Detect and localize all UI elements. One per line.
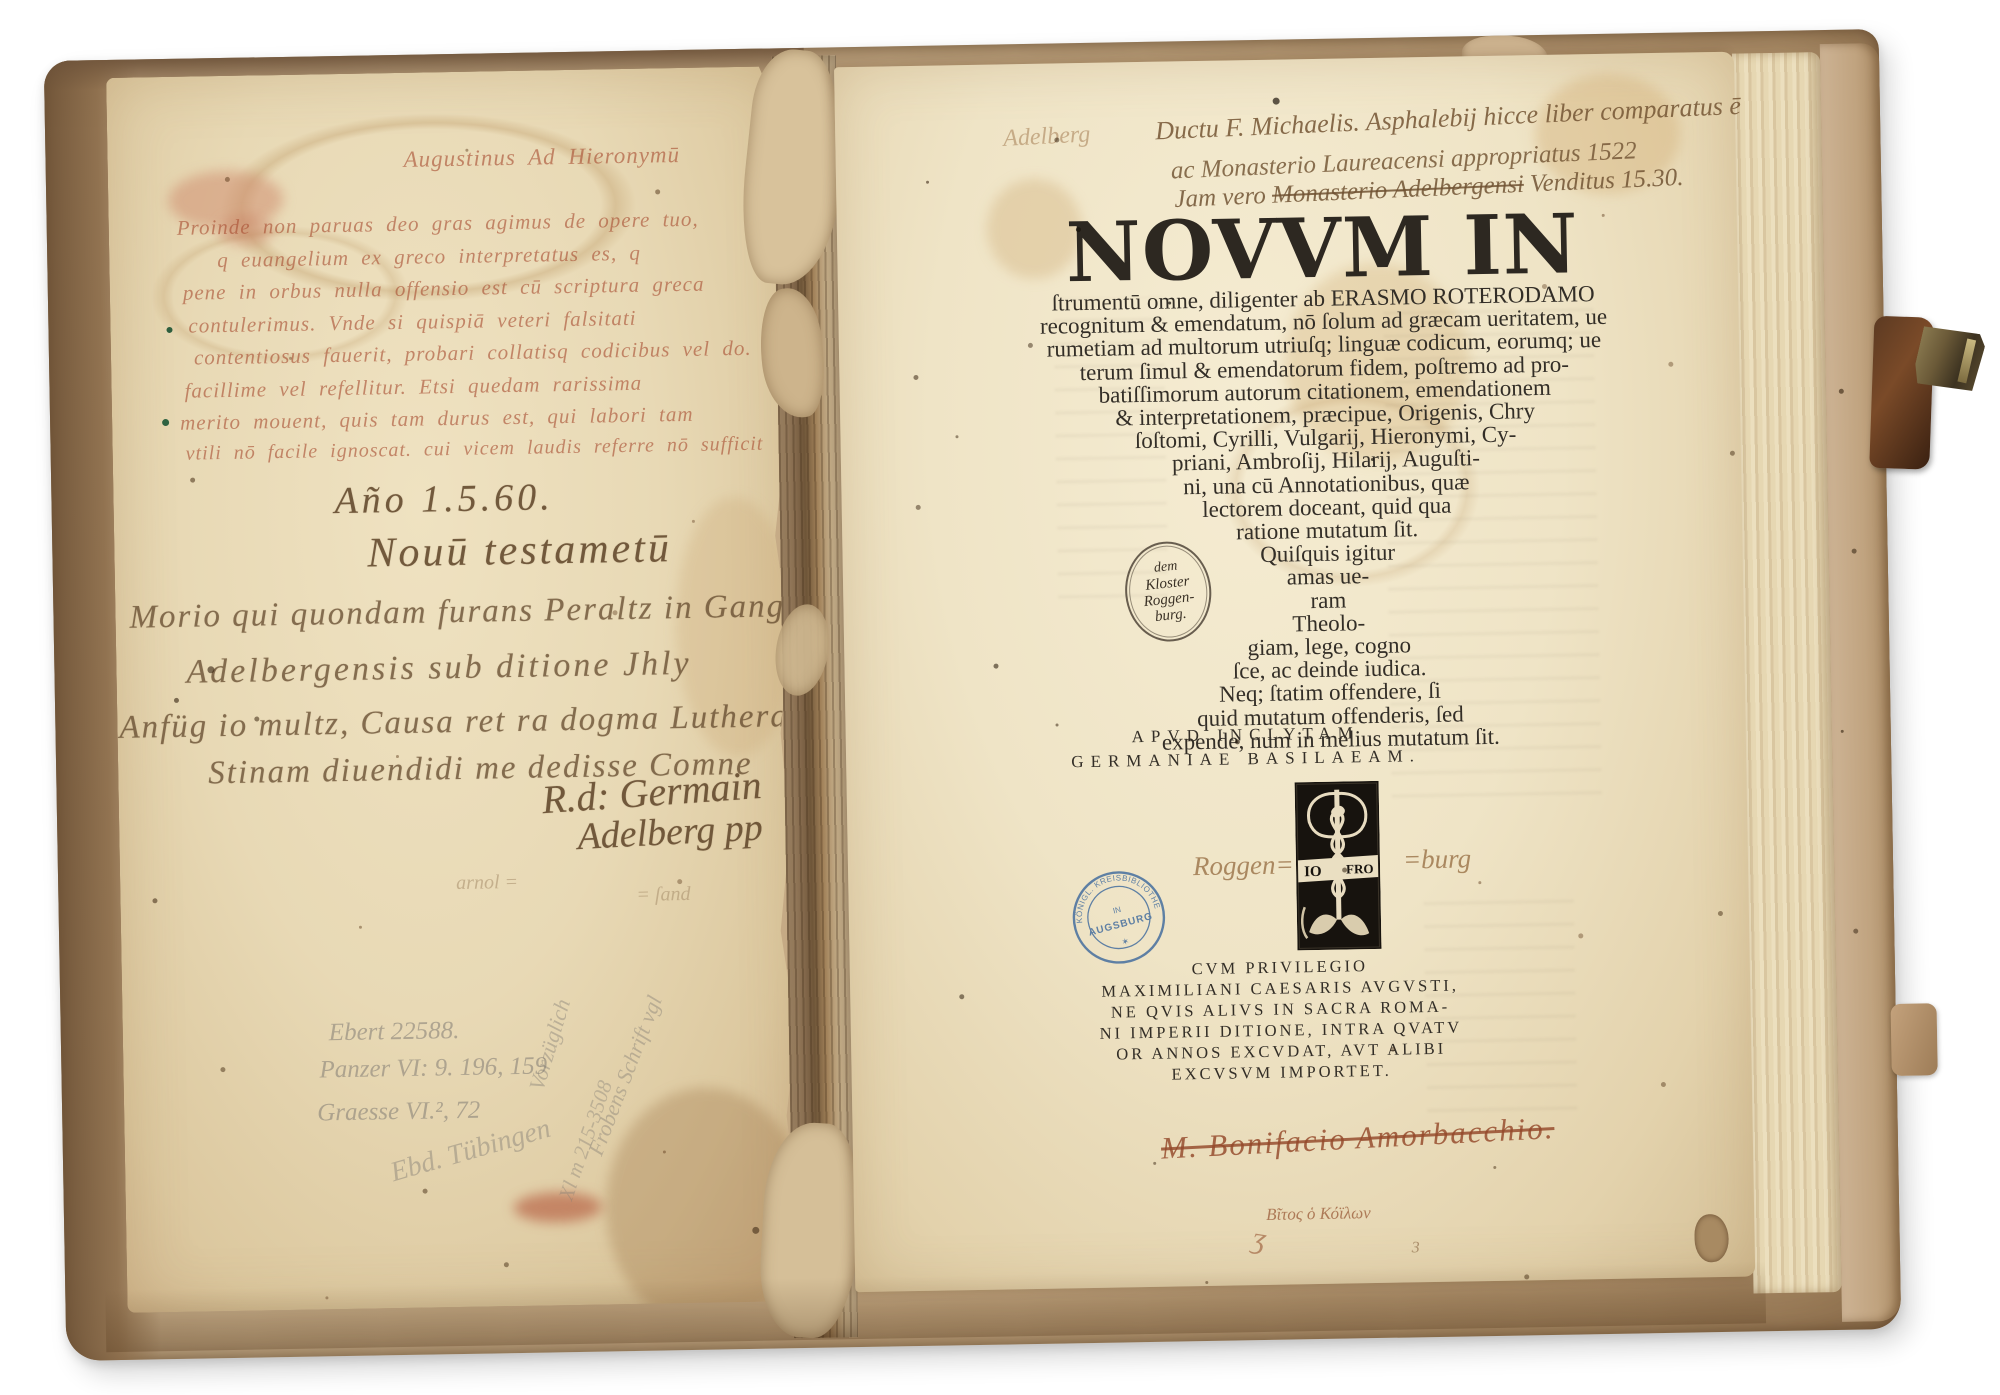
pencil-note-steep: Vorzüglich <box>524 996 576 1094</box>
green-speck <box>166 327 172 333</box>
book: Augustinus Ad Hieronymū Proinde non paru… <box>44 29 1901 1361</box>
pencil-reference: Ebert 22588. <box>329 1017 460 1047</box>
left-page-heading: Augustinus Ad Hieronymū <box>403 142 680 173</box>
froben-printers-device: IO FRO <box>1295 781 1382 950</box>
privilege-block: CVM PRIVILEGIO MAXIMILIANI CAESARIS AVGV… <box>1000 952 1562 1088</box>
stamp-center-text: IN <box>1112 905 1122 916</box>
photo-of-open-book: Augustinus Ad Hieronymū Proinde non paru… <box>0 0 2000 1395</box>
green-speck <box>162 419 169 426</box>
left-page: Augustinus Ad Hieronymū Proinde non paru… <box>106 66 807 1313</box>
red-note-line: Proinde non paruas deo gras agimus de op… <box>177 207 699 241</box>
ownership-inscription-line: Ductu F. Michaelis. Asphalebij hicce lib… <box>1155 91 1742 147</box>
red-note-line: facillime vel refellitur. Etsi quedam ra… <box>184 371 642 404</box>
red-note-line: merito mouent, quis tam durus est, qui l… <box>180 402 694 436</box>
cursive-note-line: Anfüg io multz, Causa ret ra dogma Luthe… <box>119 698 789 747</box>
crossed-out-owner-name: M. Bonifacio Amorbacchio. <box>1160 1110 1555 1167</box>
ownership-faded-word: Adelberg <box>1003 121 1091 153</box>
cursive-note-line: Morio qui quondam furans Peraltz in Gang <box>129 588 785 636</box>
stamp-line: burg. <box>1154 606 1187 625</box>
flank-script-right: =burg <box>1403 843 1472 875</box>
flank-script-left: Roggen= <box>1193 849 1294 882</box>
red-note-line: q euangelium ex greco interpretatus es, … <box>217 241 641 273</box>
greek-annotation: Βῖτος ὁ Κόϊλων <box>1266 1203 1371 1225</box>
signature: Adelberg pp <box>576 805 763 859</box>
stamp-line: Roggen- <box>1143 589 1195 610</box>
pencil-reference: Graesse VI.², 72 <box>317 1097 480 1128</box>
faint-ink-mark: arnol = <box>456 871 518 895</box>
device-letters-io: IO <box>1304 864 1322 880</box>
page-signature-mark: 3 <box>1412 1239 1420 1257</box>
star-icon: ✶ <box>1120 936 1130 948</box>
foxing-spots <box>44 61 47 64</box>
inscription-part: Venditus 15.30. <box>1523 164 1684 198</box>
ink-flourish: ʒ <box>1250 1221 1268 1257</box>
red-note-line: vtili nō facile ignoscat. cui vicem laud… <box>185 433 763 466</box>
red-note-line: contulerimus. Vnde si quispiā veteri fal… <box>188 306 637 339</box>
cursive-note-line: Adelbergensis sub ditione Jhly <box>186 645 692 692</box>
faint-ink-mark: = ſand <box>636 883 690 907</box>
year-inscription: Año 1.5.60. <box>334 475 554 523</box>
title-paragraph: ſtrumentū omne, diligenter ab ERASMO ROT… <box>1028 282 1626 756</box>
stamp-line: Kloster <box>1145 573 1191 594</box>
novum-testamentum-inscription: Nouū testametū <box>367 524 672 577</box>
device-letters-fro: FRO <box>1346 861 1374 876</box>
pencil-reference: Panzer VI: 9. 196, 159 <box>319 1052 547 1084</box>
right-page-title-page: Adelberg Ductu F. Michaelis. Asphalebij … <box>834 52 1755 1293</box>
lower-clasp-remnant <box>1891 1003 1938 1076</box>
red-note-line: contentiosus fauerit, probari collatisq … <box>194 336 752 371</box>
red-note-line: pene in orbus nulla offensio est cū scri… <box>183 272 705 306</box>
stamp-line: dem <box>1153 559 1178 577</box>
